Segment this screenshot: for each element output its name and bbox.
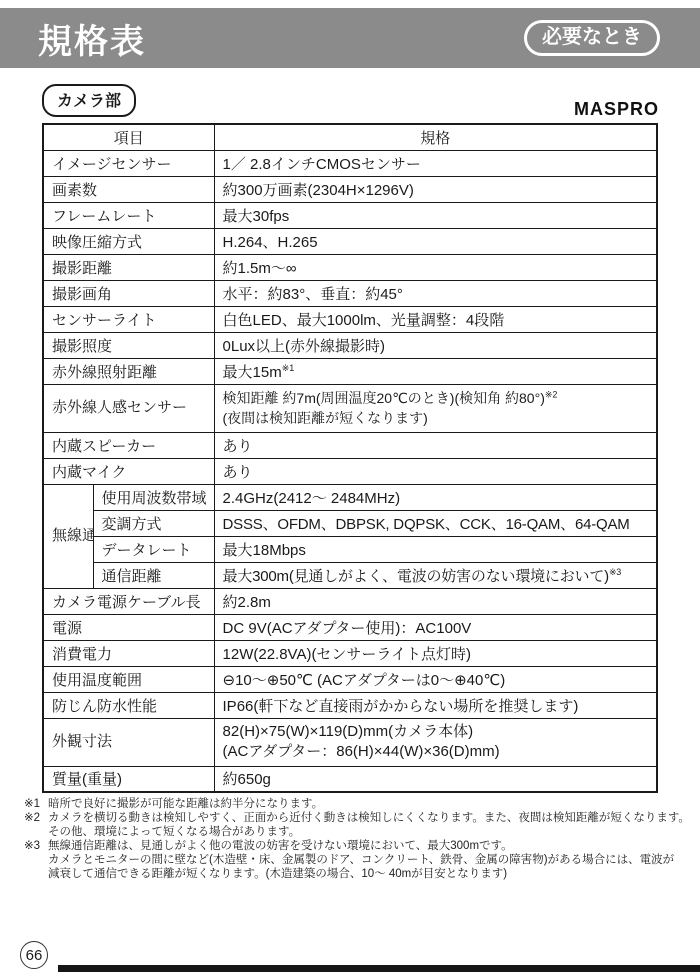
bottom-bar: [58, 965, 700, 972]
table-row: センサーライト 白色LED、最大1000lm、光量調整：4段階: [43, 306, 657, 332]
footnote-2: ※2 カメラを横切る動きは検知しやすく、正面から近付く動きは検知しにくくなります…: [24, 811, 692, 839]
table-header-row: 項目 規格: [43, 124, 657, 150]
table-row: 撮影距離 約1.5m〜∞: [43, 254, 657, 280]
table-row: 使用温度範囲 ⊖10〜⊕50℃ (ACアダプターは0〜⊕40℃): [43, 666, 657, 692]
spec-line-1: 検知距離 約7m(周囲温度20℃のとき)(検知角 約80°)※2: [223, 388, 648, 408]
table-row-dimensions: 外観寸法 82(H)×75(W)×119(D)mm(カメラ本体) (ACアダプタ…: [43, 718, 657, 766]
spec-cell: あり: [214, 432, 657, 458]
spec-cell: IP66(軒下など直接雨がかからない場所を推奨します): [214, 692, 657, 718]
table-row: 質量(重量) 約650g: [43, 766, 657, 792]
footnote-marker: ※1: [24, 797, 48, 811]
table-row-wireless: 通信距離 最大300m(見通しがよく、電波の妨害のない環境において)※3: [43, 562, 657, 588]
spec-cell: 白色LED、最大1000lm、光量調整：4段階: [214, 306, 657, 332]
when-needed-badge: 必要なとき: [524, 20, 660, 56]
spec-line-2: (夜間は検知距離が短くなります): [223, 408, 648, 428]
table-row-wireless: 無線通信 使用周波数帯域 2.4GHz(2412〜 2484MHz): [43, 484, 657, 510]
wireless-group-cell: 無線通信: [43, 484, 93, 588]
table-row: カメラ電源ケーブル長 約2.8m: [43, 588, 657, 614]
spec-cell: H.264、H.265: [214, 228, 657, 254]
maspro-logo: MASPRO: [574, 99, 659, 120]
item-cell: 外観寸法: [43, 718, 214, 766]
spec-cell: ⊖10〜⊕50℃ (ACアダプターは0〜⊕40℃): [214, 666, 657, 692]
sub-item-cell: 変調方式: [93, 510, 214, 536]
table-row: 撮影画角 水平：約83°、垂直：約45°: [43, 280, 657, 306]
footnote-ref-1: ※1: [282, 363, 295, 373]
spec-cell: 約300万画素(2304H×1296V): [214, 176, 657, 202]
item-cell: 質量(重量): [43, 766, 214, 792]
table-row: フレームレート 最大30fps: [43, 202, 657, 228]
table-row-pir-sensor: 赤外線人感センサー 検知距離 約7m(周囲温度20℃のとき)(検知角 約80°)…: [43, 384, 657, 432]
table-row: 撮影照度 0Lux以上(赤外線撮影時): [43, 332, 657, 358]
item-cell: 消費電力: [43, 640, 214, 666]
spec-cell: 約650g: [214, 766, 657, 792]
spec-cell: DC 9V(ACアダプター使用)：AC100V: [214, 614, 657, 640]
item-cell: 赤外線照射距離: [43, 358, 214, 384]
footnote-text: 無線通信距離は、見通しがよく他の電波の妨害を受けない環境において、最大300mで…: [48, 839, 692, 881]
table-row: 内蔵スピーカー あり: [43, 432, 657, 458]
spec-text: 最大300m(見通しがよく、電波の妨害のない環境において): [223, 568, 609, 585]
table-row: 電源 DC 9V(ACアダプター使用)：AC100V: [43, 614, 657, 640]
footnote-marker: ※3: [24, 839, 48, 881]
spec-text: 最大15m: [223, 364, 282, 381]
spec-cell: 水平：約83°、垂直：約45°: [214, 280, 657, 306]
footnote-text: カメラを横切る動きは検知しやすく、正面から近付く動きは検知しにくくなります。また…: [48, 811, 692, 839]
item-cell: 電源: [43, 614, 214, 640]
spec-cell: 1／ 2.8インチCMOSセンサー: [214, 150, 657, 176]
page-title: 規格表: [38, 14, 146, 63]
table-row: 内蔵マイク あり: [43, 458, 657, 484]
item-cell: 赤外線人感センサー: [43, 384, 214, 432]
table-row: イメージセンサー 1／ 2.8インチCMOSセンサー: [43, 150, 657, 176]
item-cell: 撮影照度: [43, 332, 214, 358]
spec-cell: あり: [214, 458, 657, 484]
page-number: 66: [20, 941, 48, 969]
table-row: 赤外線照射距離 最大15m※1: [43, 358, 657, 384]
spec-cell: DSSS、OFDM、DBPSK, DQPSK、CCK、16-QAM、64-QAM: [214, 510, 657, 536]
spec-line-2: (ACアダプター：86(H)×44(W)×36(D)mm): [223, 742, 648, 762]
sub-item-cell: 通信距離: [93, 562, 214, 588]
sub-item-cell: データレート: [93, 536, 214, 562]
spec-cell: 82(H)×75(W)×119(D)mm(カメラ本体) (ACアダプター：86(…: [214, 718, 657, 766]
footnote-marker: ※2: [24, 811, 48, 839]
header-band: 規格表 必要なとき: [0, 8, 700, 68]
footnote-3: ※3 無線通信距離は、見通しがよく他の電波の妨害を受けない環境において、最大30…: [24, 839, 692, 881]
spec-cell: 約1.5m〜∞: [214, 254, 657, 280]
table-row: 防じん防水性能 IP66(軒下など直接雨がかからない場所を推奨します): [43, 692, 657, 718]
footnote-ref-2: ※2: [545, 389, 558, 399]
table-row: 消費電力 12W(22.8VA)(センサーライト点灯時): [43, 640, 657, 666]
item-cell: 撮影距離: [43, 254, 214, 280]
spec-cell: 最大300m(見通しがよく、電波の妨害のない環境において)※3: [214, 562, 657, 588]
item-cell: 使用温度範囲: [43, 666, 214, 692]
table-row-wireless: データレート 最大18Mbps: [43, 536, 657, 562]
spec-cell: 検知距離 約7m(周囲温度20℃のとき)(検知角 約80°)※2 (夜間は検知距…: [214, 384, 657, 432]
item-cell: フレームレート: [43, 202, 214, 228]
spec-line-1: 82(H)×75(W)×119(D)mm(カメラ本体): [223, 722, 648, 742]
spec-cell: 最大30fps: [214, 202, 657, 228]
table-row: 映像圧縮方式 H.264、H.265: [43, 228, 657, 254]
sub-item-cell: 使用周波数帯域: [93, 484, 214, 510]
table-row: 画素数 約300万画素(2304H×1296V): [43, 176, 657, 202]
footnotes: ※1 暗所で良好に撮影が可能な距離は約半分になります。 ※2 カメラを横切る動き…: [24, 797, 692, 881]
item-cell: 映像圧縮方式: [43, 228, 214, 254]
column-header-spec: 規格: [214, 124, 657, 150]
item-cell: 画素数: [43, 176, 214, 202]
footnote-ref-3: ※3: [609, 567, 621, 577]
spec-table: 項目 規格 イメージセンサー 1／ 2.8インチCMOSセンサー 画素数 約30…: [42, 123, 658, 793]
item-cell: イメージセンサー: [43, 150, 214, 176]
item-cell: カメラ電源ケーブル長: [43, 588, 214, 614]
item-cell: 内蔵マイク: [43, 458, 214, 484]
spec-cell: 0Lux以上(赤外線撮影時): [214, 332, 657, 358]
item-cell: センサーライト: [43, 306, 214, 332]
spec-cell: 2.4GHz(2412〜 2484MHz): [214, 484, 657, 510]
table-row-wireless: 変調方式 DSSS、OFDM、DBPSK, DQPSK、CCK、16-QAM、6…: [43, 510, 657, 536]
item-cell: 防じん防水性能: [43, 692, 214, 718]
spec-cell: 最大15m※1: [214, 358, 657, 384]
spec-cell: 約2.8m: [214, 588, 657, 614]
section-label-camera: カメラ部: [42, 84, 136, 117]
item-cell: 撮影画角: [43, 280, 214, 306]
spec-cell: 12W(22.8VA)(センサーライト点灯時): [214, 640, 657, 666]
column-header-item: 項目: [43, 124, 214, 150]
footnote-text: 暗所で良好に撮影が可能な距離は約半分になります。: [48, 797, 692, 811]
item-cell: 内蔵スピーカー: [43, 432, 214, 458]
spec-cell: 最大18Mbps: [214, 536, 657, 562]
footnote-1: ※1 暗所で良好に撮影が可能な距離は約半分になります。: [24, 797, 692, 811]
